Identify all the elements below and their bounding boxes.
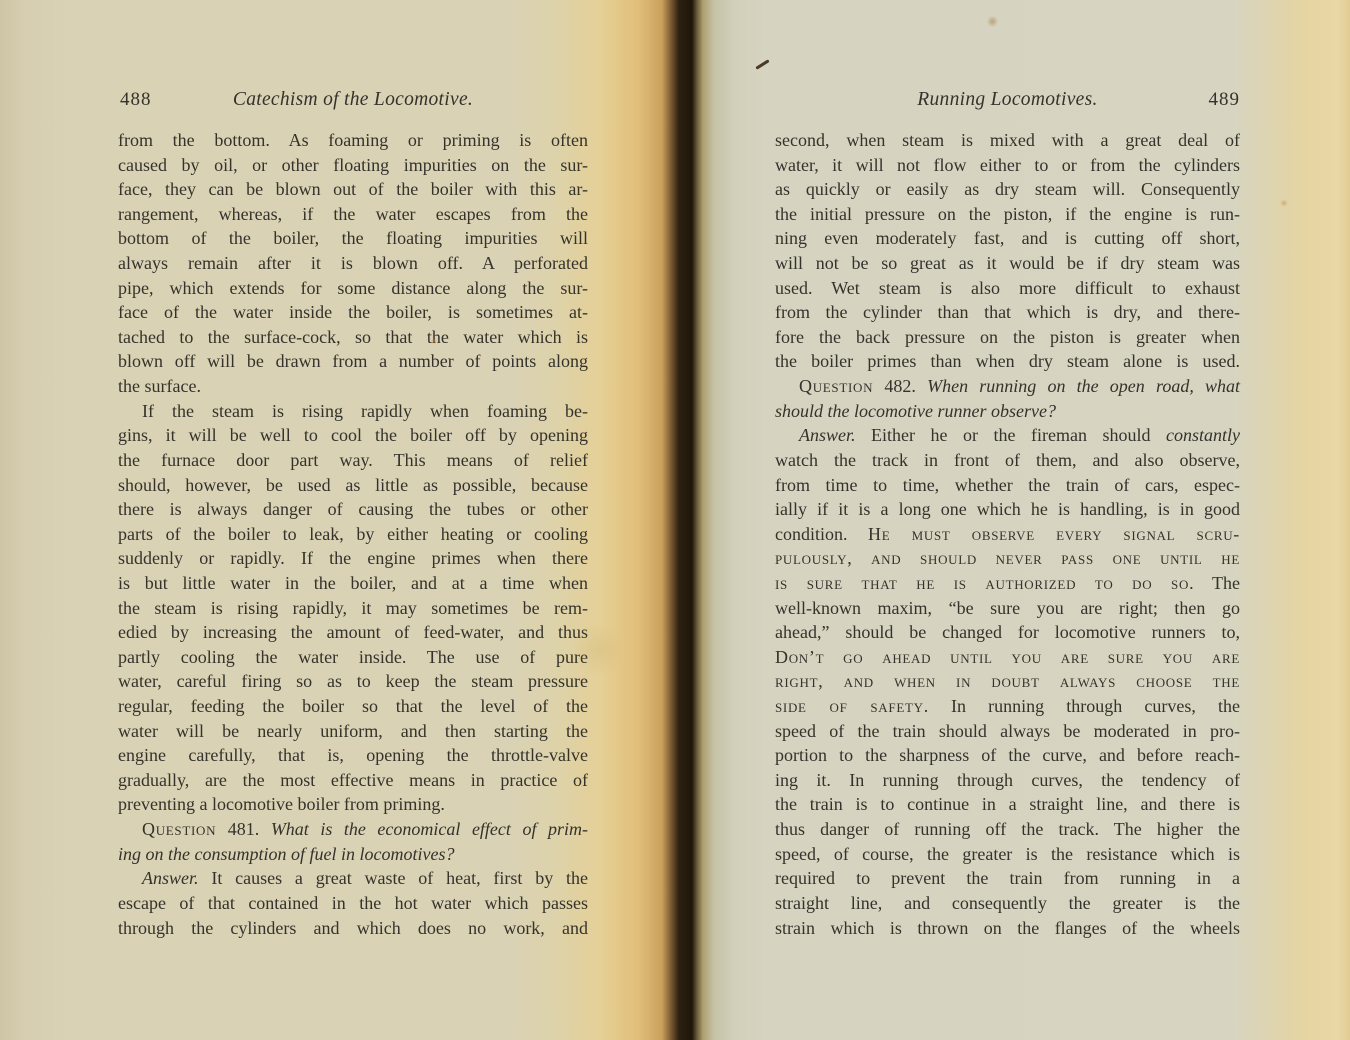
text-run: through the cylinders and which does no … bbox=[118, 918, 588, 938]
text-run: the train is to continue in a straight l… bbox=[775, 794, 1240, 814]
text-line: preventing a locomotive boiler from prim… bbox=[118, 792, 588, 817]
text-line: the train is to continue in a straight l… bbox=[775, 792, 1240, 817]
text-run: preventing a locomotive boiler from prim… bbox=[118, 794, 445, 814]
text-line: partly cooling the water inside. The use… bbox=[118, 645, 588, 670]
text-line: edied by increasing the amount of feed-w… bbox=[118, 620, 588, 645]
text-run: straight line, and consequently the grea… bbox=[775, 893, 1240, 913]
text-run: strain which is thrown on the flanges of… bbox=[775, 918, 1240, 938]
text-line: from time to time, whether the train of … bbox=[775, 473, 1240, 498]
text-run: gins, it will be well to cool the boiler… bbox=[118, 425, 588, 445]
text-line: the steam is rising rapidly, it may some… bbox=[118, 596, 588, 621]
text-line: bottom of the boiler, the floating impur… bbox=[118, 226, 588, 251]
text-run: will not be so great as it would be if d… bbox=[775, 253, 1240, 273]
left-page-number: 488 bbox=[120, 86, 152, 114]
right-page-number: 489 bbox=[1209, 86, 1241, 114]
text-run: watch the track in front of them, and al… bbox=[775, 450, 1240, 470]
text-run: Either he or the fireman should bbox=[856, 425, 1166, 445]
text-line: rangement, whereas, if the water escapes… bbox=[118, 202, 588, 227]
text-run: He must observe every signal scru- bbox=[868, 524, 1240, 544]
text-line: caused by oil, or other floating impurit… bbox=[118, 153, 588, 178]
text-run: blown off will be drawn from a number of… bbox=[118, 351, 588, 371]
text-run: suddenly or rapidly. If the engine prime… bbox=[118, 548, 588, 568]
text-line: engine carefully, that is, opening the t… bbox=[118, 743, 588, 768]
text-line: right, and when in doubt always choose t… bbox=[775, 669, 1240, 694]
text-run: rangement, whereas, if the water escapes… bbox=[118, 204, 588, 224]
text-line: should the locomotive runner observe? bbox=[775, 399, 1240, 424]
text-line: ing it. In running through curves, the t… bbox=[775, 768, 1240, 793]
text-run: face, they can be blown out of the boile… bbox=[118, 179, 588, 199]
text-run: is but little water in the boiler, and a… bbox=[118, 573, 588, 593]
text-line: suddenly or rapidly. If the engine prime… bbox=[118, 546, 588, 571]
text-run: from the bottom. As foaming or priming i… bbox=[118, 130, 588, 150]
text-run: In running through curves, the bbox=[929, 696, 1240, 716]
text-run: 482. bbox=[873, 376, 927, 396]
text-line: Question 482. When running on the open r… bbox=[775, 374, 1240, 399]
text-line: is but little water in the boiler, and a… bbox=[118, 571, 588, 596]
right-page-header: Running Locomotives. 489 bbox=[775, 86, 1240, 114]
text-line: Answer. It causes a great waste of heat,… bbox=[118, 866, 588, 891]
text-run: bottom of the boiler, the floating impur… bbox=[118, 228, 588, 248]
text-run: speed of the train should always be mode… bbox=[775, 721, 1240, 741]
text-line: speed, of course, the greater is the res… bbox=[775, 842, 1240, 867]
text-run: ning even moderately fast, and is cuttin… bbox=[775, 228, 1240, 248]
text-line: portion to the sharpness of the curve, a… bbox=[775, 743, 1240, 768]
text-line: parts of the boiler to leak, by either h… bbox=[118, 522, 588, 547]
text-run: pipe, which extends for some distance al… bbox=[118, 278, 588, 298]
text-run: always remain after it is blown off. A p… bbox=[118, 253, 588, 273]
text-run: ially if it is a long one which he is ha… bbox=[775, 499, 1240, 519]
text-line: gradually, are the most effective means … bbox=[118, 768, 588, 793]
text-run: regular, feeding the boiler so that the … bbox=[118, 696, 588, 716]
text-run: should the locomotive runner observe? bbox=[775, 401, 1056, 421]
text-line: pipe, which extends for some distance al… bbox=[118, 276, 588, 301]
text-run: water, it will not flow either to or fro… bbox=[775, 155, 1240, 175]
text-line: watch the track in front of them, and al… bbox=[775, 448, 1240, 473]
text-line: the furnace door part way. This means of… bbox=[118, 448, 588, 473]
text-run: used. Wet steam is also more difficult t… bbox=[775, 278, 1240, 298]
text-run: well-known maxim, “be sure you are right… bbox=[775, 598, 1240, 618]
text-run: right, and when in doubt always choose t… bbox=[775, 671, 1240, 691]
text-run: the initial pressure on the piston, if t… bbox=[775, 204, 1240, 224]
text-line: tached to the surface-cock, so that the … bbox=[118, 325, 588, 350]
text-line: fore the back pressure on the piston is … bbox=[775, 325, 1240, 350]
text-run: partly cooling the water inside. The use… bbox=[118, 647, 588, 667]
left-page-header: 488 Catechism of the Locomotive. bbox=[118, 86, 588, 114]
text-run: If the steam is rising rapidly when foam… bbox=[142, 401, 588, 421]
text-run: thus danger of running off the track. Th… bbox=[775, 819, 1240, 839]
text-run: When running on the open road, what bbox=[927, 376, 1240, 396]
text-line: gins, it will be well to cool the boiler… bbox=[118, 423, 588, 448]
text-run: What is the economical effect of prim- bbox=[271, 819, 588, 839]
text-run: face of the water inside the boiler, is … bbox=[118, 302, 588, 322]
text-line: always remain after it is blown off. A p… bbox=[118, 251, 588, 276]
text-run: condition. bbox=[775, 524, 868, 544]
text-line: from the bottom. As foaming or priming i… bbox=[118, 128, 588, 153]
right-page-body: second, when steam is mixed with a great… bbox=[775, 128, 1240, 940]
text-run: as quickly or easily as dry steam will. … bbox=[775, 179, 1240, 199]
text-run: parts of the boiler to leak, by either h… bbox=[118, 524, 588, 544]
text-line: pulously, and should never pass one unti… bbox=[775, 546, 1240, 571]
text-line: will not be so great as it would be if d… bbox=[775, 251, 1240, 276]
text-run: required to prevent the train from runni… bbox=[775, 868, 1240, 888]
text-run: portion to the sharpness of the curve, a… bbox=[775, 745, 1240, 765]
left-running-title: Catechism of the Locomotive. bbox=[118, 86, 588, 114]
text-run: gradually, are the most effective means … bbox=[118, 770, 588, 790]
text-run: water, careful firing so as to keep the … bbox=[118, 671, 588, 691]
text-line: the boiler primes than when dry steam al… bbox=[775, 349, 1240, 374]
text-line: ing on the consumption of fuel in locomo… bbox=[118, 842, 588, 867]
text-run: ahead,” should be changed for locomotive… bbox=[775, 622, 1240, 642]
text-run: from the cylinder than that which is dry… bbox=[775, 302, 1240, 322]
text-line: from the cylinder than that which is dry… bbox=[775, 300, 1240, 325]
text-line: water, careful firing so as to keep the … bbox=[118, 669, 588, 694]
text-run: edied by increasing the amount of feed-w… bbox=[118, 622, 588, 642]
text-run: The bbox=[1194, 573, 1240, 593]
text-run: is sure that he is authorized to do so. bbox=[775, 573, 1194, 593]
text-run: Question bbox=[799, 376, 873, 396]
text-line: Answer. Either he or the fireman should … bbox=[775, 423, 1240, 448]
text-line: blown off will be drawn from a number of… bbox=[118, 349, 588, 374]
text-line: Don’t go ahead until you are sure you ar… bbox=[775, 645, 1240, 670]
text-run: Answer. bbox=[142, 868, 199, 888]
text-run: ing it. In running through curves, the t… bbox=[775, 770, 1240, 790]
text-line: required to prevent the train from runni… bbox=[775, 866, 1240, 891]
text-line: escape of that contained in the hot wate… bbox=[118, 891, 588, 916]
text-run: Question bbox=[142, 819, 216, 839]
text-run: the furnace door part way. This means of… bbox=[118, 450, 588, 470]
text-run: 481. bbox=[216, 819, 271, 839]
text-run: second, when steam is mixed with a great… bbox=[775, 130, 1240, 150]
text-line: is sure that he is authorized to do so. … bbox=[775, 571, 1240, 596]
text-line: ially if it is a long one which he is ha… bbox=[775, 497, 1240, 522]
text-run: should, however, be used as little as po… bbox=[118, 475, 588, 495]
text-run: the surface. bbox=[118, 376, 201, 396]
text-line: second, when steam is mixed with a great… bbox=[775, 128, 1240, 153]
text-run: Don’t go ahead until you are sure you ar… bbox=[775, 647, 1240, 667]
text-run: ing on the consumption of fuel in locomo… bbox=[118, 844, 454, 864]
text-run: speed, of course, the greater is the res… bbox=[775, 844, 1240, 864]
text-run: water will be nearly uniform, and then s… bbox=[118, 721, 588, 741]
text-run: caused by oil, or other floating impurit… bbox=[118, 155, 588, 175]
text-run: It causes a great waste of heat, first b… bbox=[199, 868, 588, 888]
text-line: used. Wet steam is also more difficult t… bbox=[775, 276, 1240, 301]
text-line: water will be nearly uniform, and then s… bbox=[118, 719, 588, 744]
text-line: face of the water inside the boiler, is … bbox=[118, 300, 588, 325]
text-line: well-known maxim, “be sure you are right… bbox=[775, 596, 1240, 621]
text-line: regular, feeding the boiler so that the … bbox=[118, 694, 588, 719]
text-run: the steam is rising rapidly, it may some… bbox=[118, 598, 588, 618]
text-run: escape of that contained in the hot wate… bbox=[118, 893, 588, 913]
text-line: through the cylinders and which does no … bbox=[118, 916, 588, 941]
text-line: water, it will not flow either to or fro… bbox=[775, 153, 1240, 178]
text-line: ning even moderately fast, and is cuttin… bbox=[775, 226, 1240, 251]
book-scan: 488 Catechism of the Locomotive. Running… bbox=[0, 0, 1350, 1040]
text-run: fore the back pressure on the piston is … bbox=[775, 327, 1240, 347]
text-line: straight line, and consequently the grea… bbox=[775, 891, 1240, 916]
text-line: face, they can be blown out of the boile… bbox=[118, 177, 588, 202]
text-line: there is always danger of causing the tu… bbox=[118, 497, 588, 522]
text-line: side of safety. In running through curve… bbox=[775, 694, 1240, 719]
text-line: the surface. bbox=[118, 374, 588, 399]
text-run: there is always danger of causing the tu… bbox=[118, 499, 588, 519]
text-run: Answer. bbox=[799, 425, 856, 445]
text-line: If the steam is rising rapidly when foam… bbox=[118, 399, 588, 424]
left-page-body: from the bottom. As foaming or priming i… bbox=[118, 128, 588, 940]
text-line: condition. He must observe every signal … bbox=[775, 522, 1240, 547]
text-run: engine carefully, that is, opening the t… bbox=[118, 745, 588, 765]
text-line: Question 481. What is the economical eff… bbox=[118, 817, 588, 842]
text-run: the boiler primes than when dry steam al… bbox=[775, 351, 1240, 371]
text-line: should, however, be used as little as po… bbox=[118, 473, 588, 498]
text-run: from time to time, whether the train of … bbox=[775, 475, 1240, 495]
text-run: pulously, and should never pass one unti… bbox=[775, 548, 1240, 568]
text-run: constantly bbox=[1166, 425, 1240, 445]
text-line: ahead,” should be changed for locomotive… bbox=[775, 620, 1240, 645]
text-line: speed of the train should always be mode… bbox=[775, 719, 1240, 744]
text-line: thus danger of running off the track. Th… bbox=[775, 817, 1240, 842]
text-line: as quickly or easily as dry steam will. … bbox=[775, 177, 1240, 202]
text-run: tached to the surface-cock, so that the … bbox=[118, 327, 588, 347]
text-run: side of safety. bbox=[775, 696, 929, 716]
text-line: strain which is thrown on the flanges of… bbox=[775, 916, 1240, 941]
text-line: the initial pressure on the piston, if t… bbox=[775, 202, 1240, 227]
right-running-title: Running Locomotives. bbox=[775, 86, 1240, 114]
